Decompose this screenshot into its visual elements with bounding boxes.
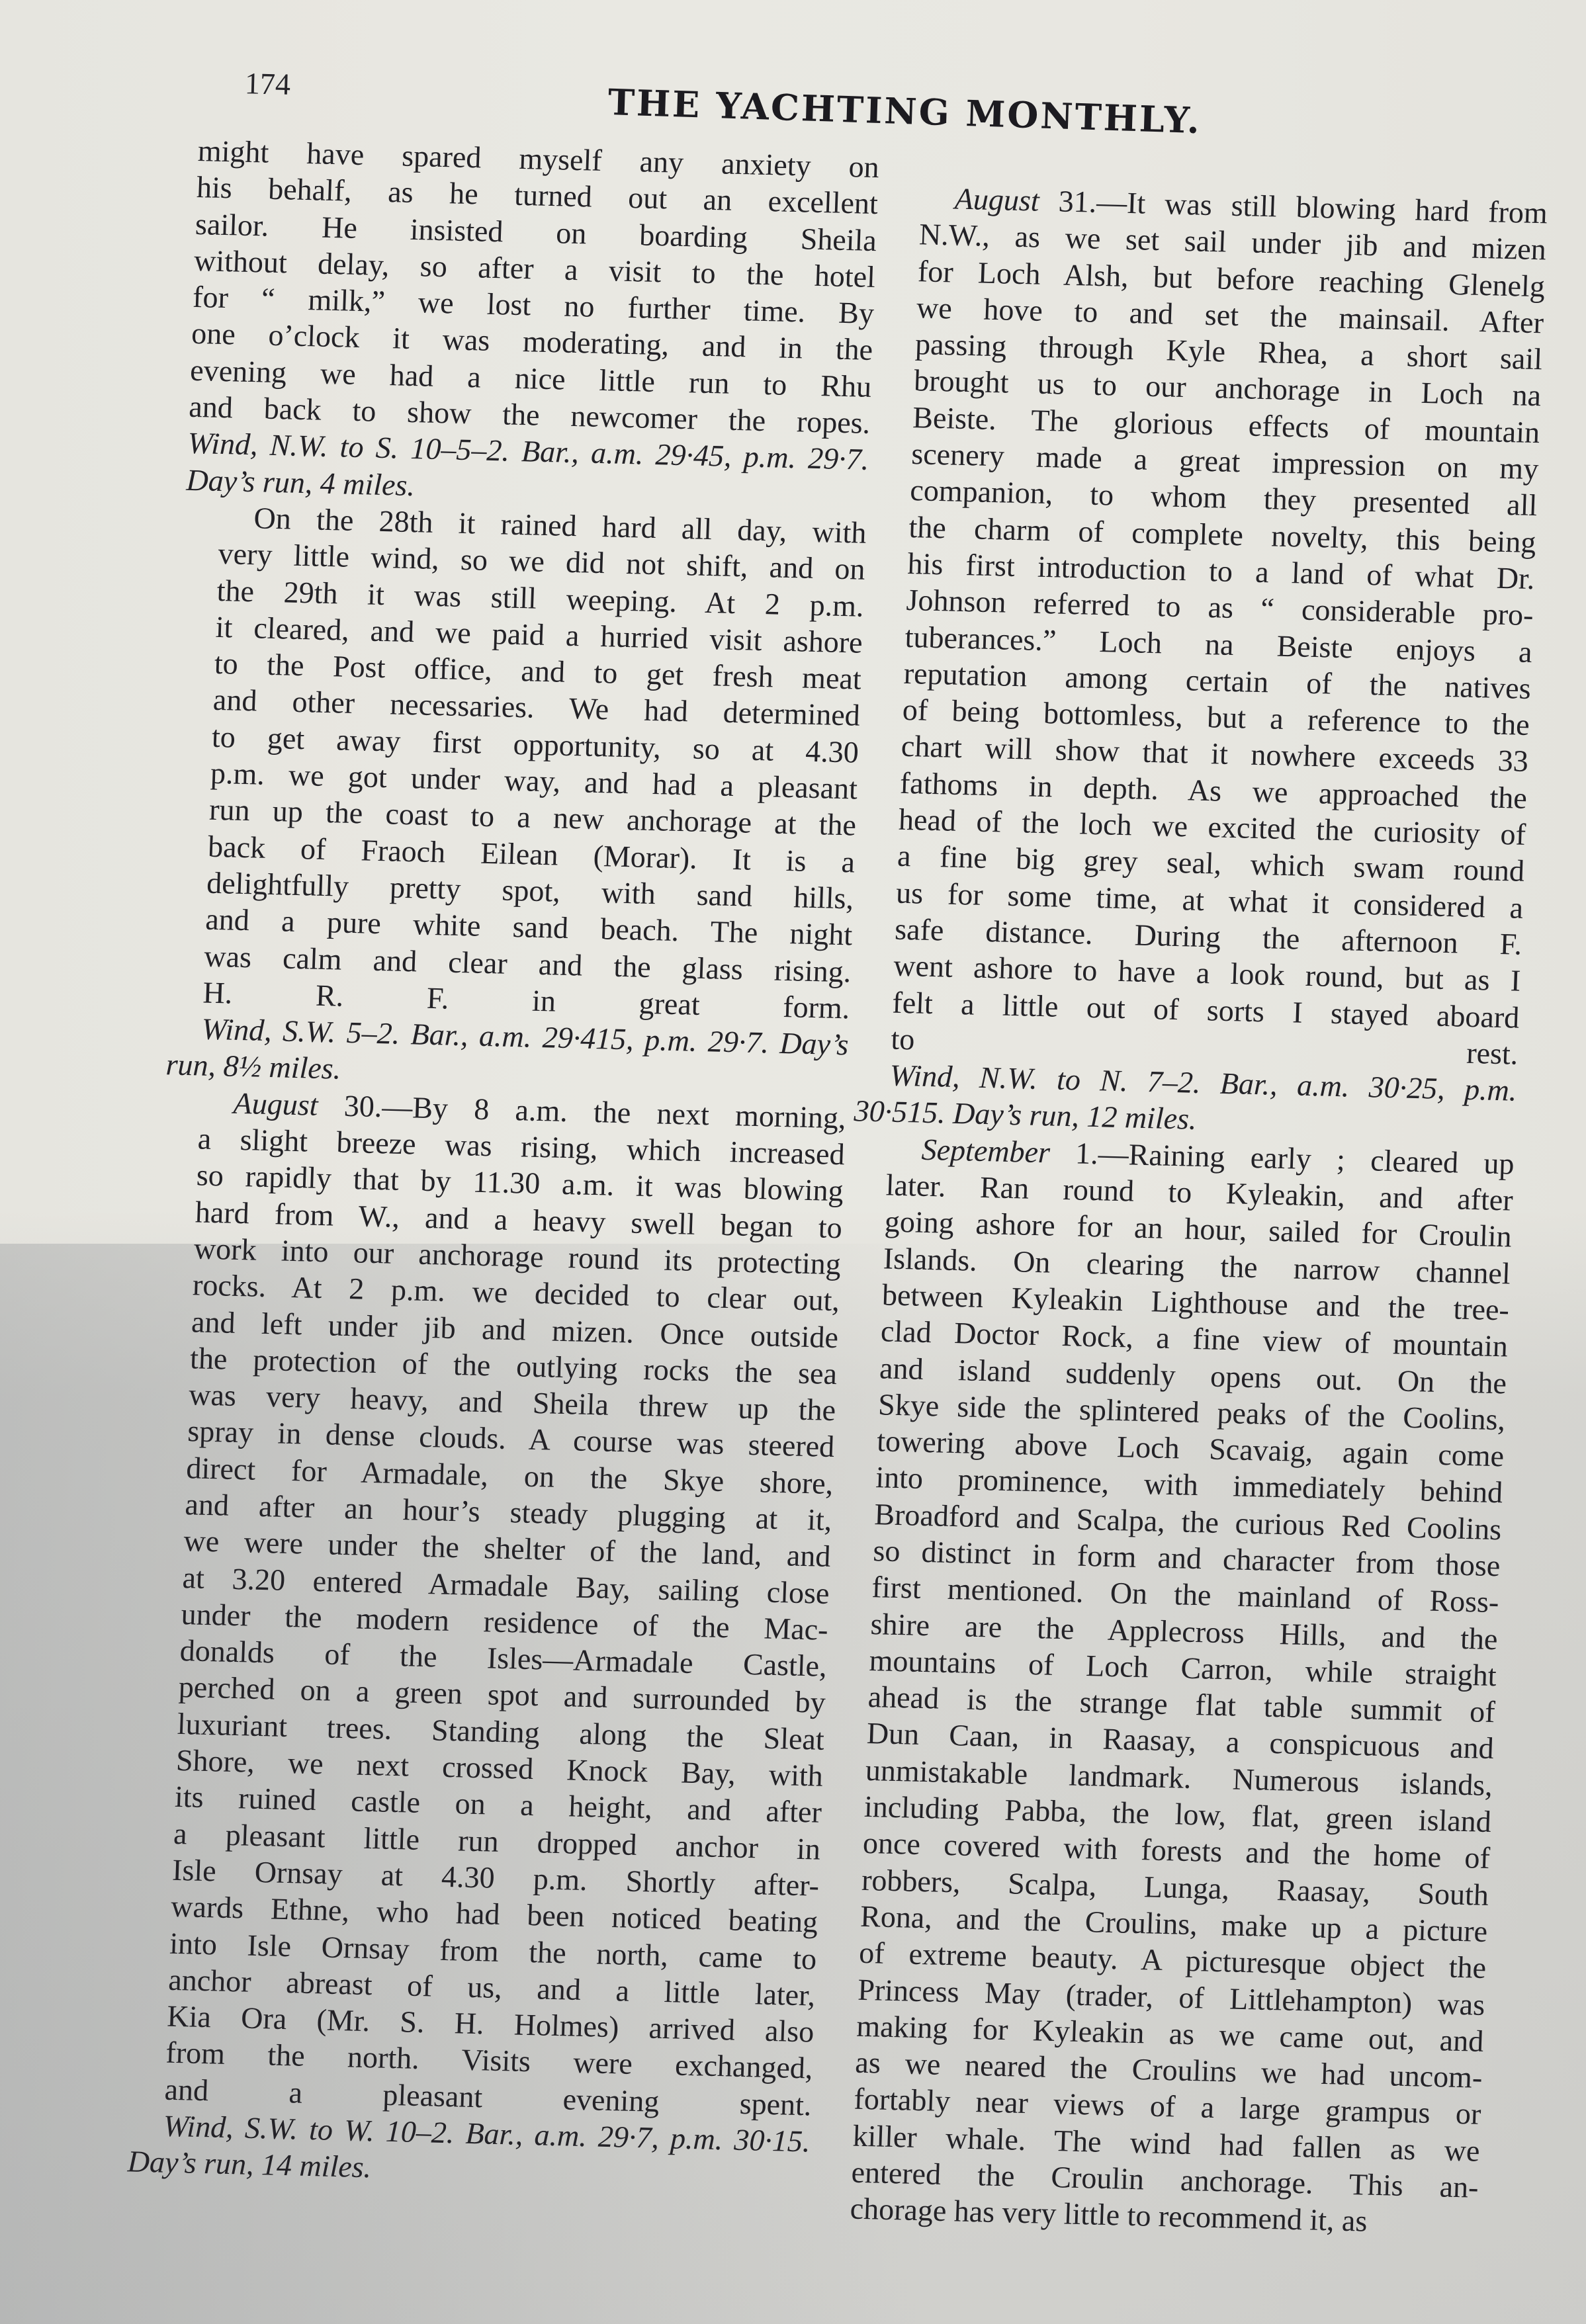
entry-date: September (921, 1132, 1076, 1170)
left-column: might have spared myself any anxiety onh… (127, 132, 880, 2196)
page-number: 174 (244, 65, 290, 102)
paragraph: September 1.—Raining early ; cleared upl… (815, 1129, 1515, 2242)
entry-date: August (954, 182, 1059, 218)
running-title: THE YACHTING MONTHLY. (607, 81, 1202, 142)
paragraph: On the 28th it rained hard all day, with… (165, 498, 867, 1099)
paragraph: August 30.—By 8 a.m. the next morning,a … (127, 1083, 847, 2196)
book-page: 174 THE YACHTING MONTHLY. might have spa… (0, 0, 1586, 2324)
right-column: August 31.—It was still blowing hard fro… (815, 179, 1548, 2242)
entry-date: August (233, 1086, 345, 1122)
paragraph: might have spared myself any anxiety onh… (186, 132, 880, 515)
paragraph: August 31.—It was still blowing hard fro… (854, 179, 1548, 1145)
